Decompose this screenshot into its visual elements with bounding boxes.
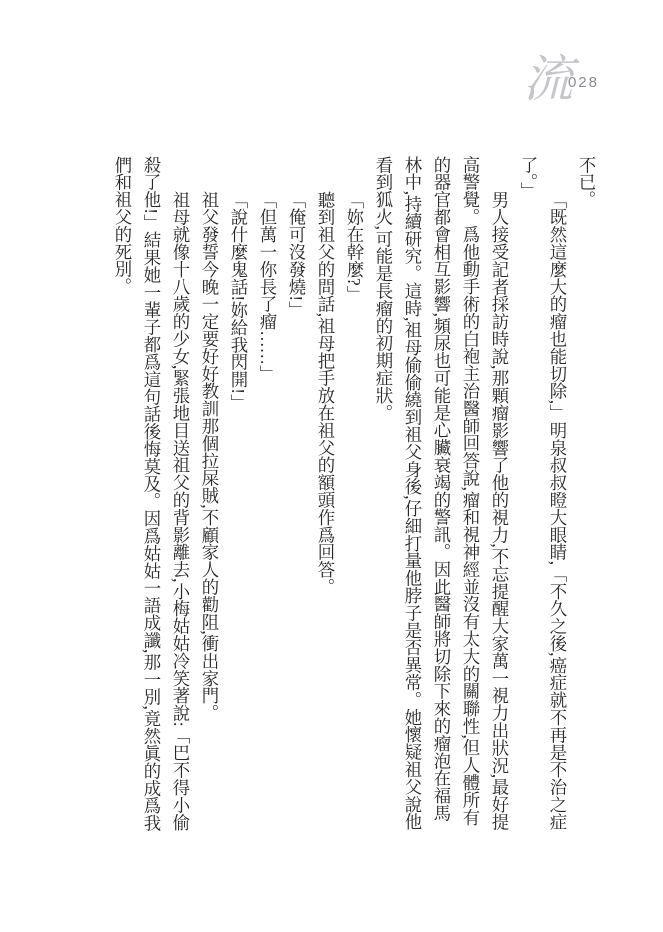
page-text: 不已。「既然這麼大的瘤也能切除,」明泉叔叔瞪大眼睛,「不久之後,癌症就不再是不治… xyxy=(95,156,600,837)
paragraph: 不已。 xyxy=(571,156,600,837)
book-page: 流 028 不已。「既然這麼大的瘤也能切除,」明泉叔叔瞪大眼睛,「不久之後,癌症… xyxy=(0,0,663,932)
page-number: 028 xyxy=(568,74,599,91)
paragraph: 男人接受記者採訪時說,那顆瘤影響了他的視力,不忘提醒大家萬一視力出狀況,最好提高… xyxy=(368,156,513,837)
paragraph: 「俺可沒發燒!」 xyxy=(281,156,310,837)
paragraph: 「妳在幹麼?」 xyxy=(339,156,368,837)
book-title-logo: 流 xyxy=(523,52,573,107)
paragraph: 祖父發誓今晚一定要好好教訓那個拉屎賊,不顧家人的勸阻,衝出家門。 xyxy=(194,156,223,837)
paragraph: 「但萬一你長了瘤……」 xyxy=(252,156,281,837)
paragraph: 「說什麼鬼話!妳給我閃開!」 xyxy=(223,156,252,837)
paragraph: 聽到祖父的問話,祖母把手放在祖父的額頭作爲回答。 xyxy=(310,156,339,837)
paragraph: 祖母就像十八歲的少女,緊張地目送祖父的背影離去,小梅姑姑冷笑著說:「巴不得小偷殺… xyxy=(107,156,194,837)
paragraph: 「既然這麼大的瘤也能切除,」明泉叔叔瞪大眼睛,「不久之後,癌症就不再是不治之症了… xyxy=(513,156,571,837)
